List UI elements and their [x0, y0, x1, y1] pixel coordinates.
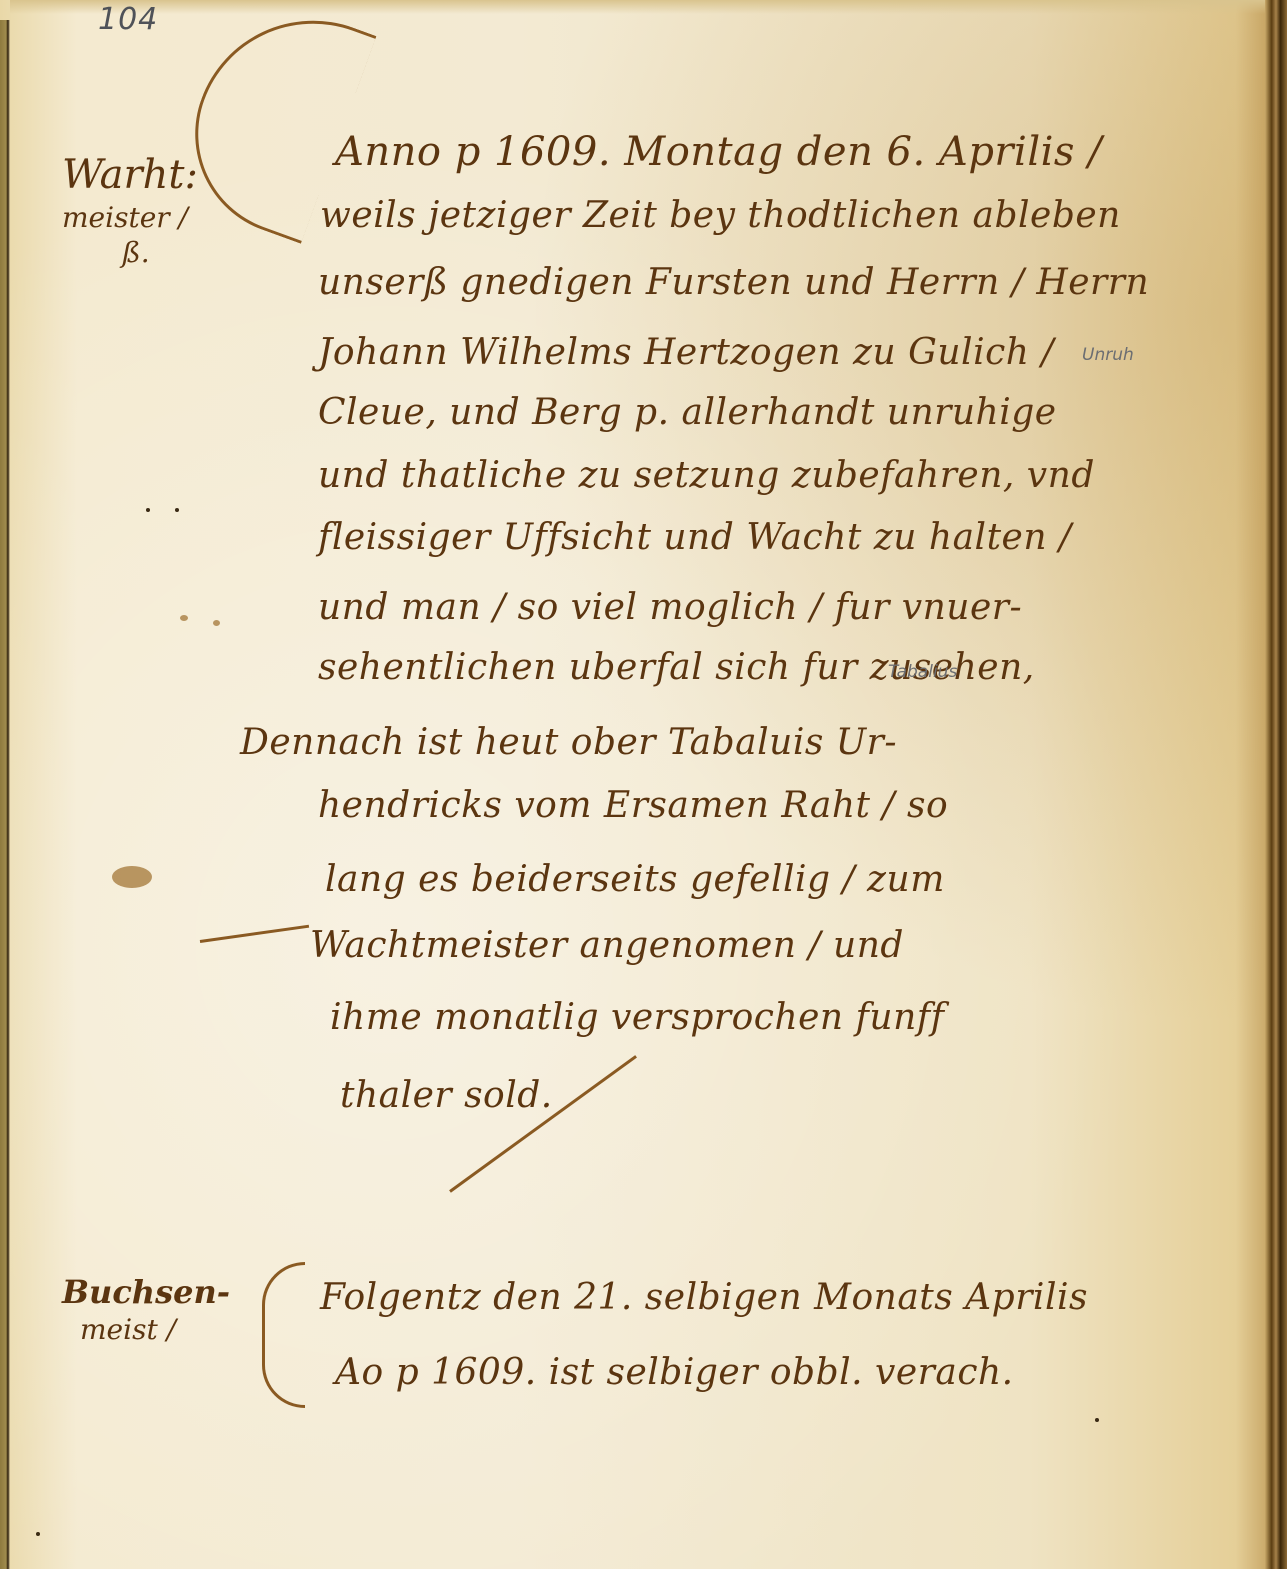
- manuscript-page: 104 Warht: meister / ß. Anno p 1609. Mon…: [0, 0, 1287, 1569]
- entry-1-line-3: unserß gnedigen Fursten und Herrn / Herr…: [318, 265, 1149, 301]
- paper-speck: [1095, 1418, 1099, 1422]
- page-top-shadow: [10, 0, 1265, 14]
- margin-note-line: Warht:: [62, 150, 198, 200]
- entry-1-line-1: Anno p 1609. Montag den 6. Aprilis /: [335, 132, 1102, 172]
- entry-1-line-14: ihme monatlig versprochen funff: [330, 1000, 944, 1036]
- entry-1-line-4: Johann Wilhelms Hertzogen zu Gulich /: [318, 335, 1054, 371]
- margin-note-line: Buchsen-: [62, 1272, 230, 1312]
- entry-1-line-2: weils jetziger Zeit bey thodtlichen able…: [320, 198, 1121, 234]
- entry-1-line-7: fleissiger Uffsicht und Wacht zu halten …: [318, 520, 1072, 556]
- paper-speck: [36, 1532, 40, 1536]
- paper-speck: [175, 508, 179, 512]
- line-flourish: [200, 925, 309, 943]
- entry-1-line-15: thaler sold.: [340, 1078, 553, 1114]
- entry-1-line-5: Cleue, und Berg p. allerhandt unruhige: [318, 395, 1057, 431]
- entry-1-line-13: Wachtmeister angenomen / und: [310, 928, 904, 964]
- entry-1-line-11: hendricks vom Ersamen Raht / so: [318, 788, 948, 824]
- entry-2-brace: [262, 1262, 305, 1408]
- folio-number: 104: [98, 2, 158, 37]
- ink-stain: [213, 620, 220, 626]
- paper-speck: [146, 508, 150, 512]
- pencil-annotation-tabalius: Tabalius: [888, 662, 957, 682]
- pencil-annotation-unruh: Unruh: [1082, 345, 1134, 365]
- page-left-edge: [0, 20, 10, 1569]
- ink-stain: [180, 615, 188, 621]
- entry-2-line-1: Folgentz den 21. selbigen Monats Aprilis: [320, 1280, 1088, 1316]
- entry-1-line-12: lang es beiderseits gefellig / zum: [325, 862, 945, 898]
- entry-1-line-6: und thatliche zu setzung zubefahren, vnd: [318, 458, 1095, 494]
- margin-note-buchsenmeister: Buchsen- meist /: [62, 1272, 230, 1347]
- margin-note-line: meister /: [62, 200, 198, 235]
- ink-stain: [112, 866, 152, 888]
- entry-1-line-8: und man / so viel moglich / fur vnuer-: [318, 590, 1022, 626]
- margin-note-line: meist /: [62, 1312, 230, 1347]
- margin-note-wachtmeister: Warht: meister / ß.: [62, 150, 198, 270]
- entry-1-line-10: Dennach ist heut ober Tabaluis Ur-: [240, 725, 897, 761]
- margin-note-line: ß.: [62, 235, 198, 270]
- entry-2-line-2: Ao p 1609. ist selbiger obbl. verach.: [335, 1355, 1014, 1391]
- book-binding-edge: [1265, 0, 1287, 1569]
